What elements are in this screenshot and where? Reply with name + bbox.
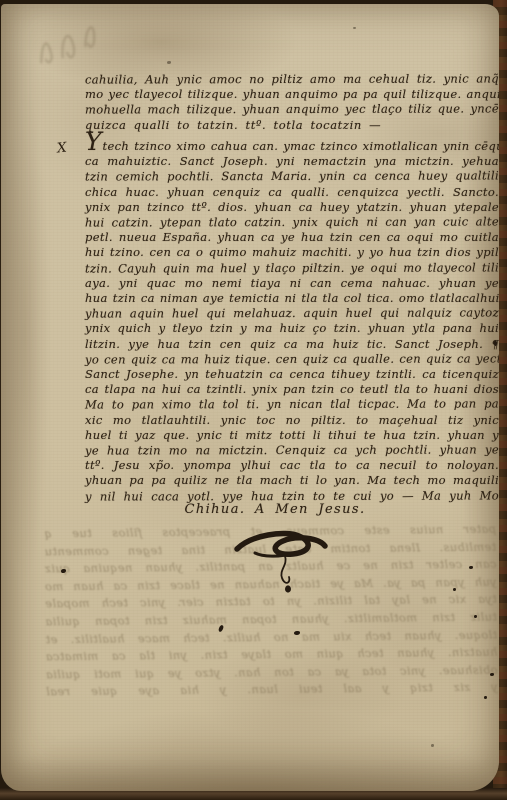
ink-speck [218,625,224,633]
manuscript-line: chica huac. yhuan cenquiz ca qualli. cen… [85,185,499,200]
manuscript-line: tzin cemich pochtli. Sancta Maria. ynin … [85,169,499,185]
manuscript-line: tuliz tzin motlamiltiz. yhuan topan mahu… [45,609,497,631]
manuscript-page: pater nuius este commeus, et praeceptos … [1,4,499,791]
manuscript-line: yo cen quiz ca ma huiz tique. cen quiz c… [85,351,499,367]
faint-inscription [23,8,120,80]
manuscript-line: yhuan aquin huel qui melahuaz. aquin hue… [85,306,499,322]
manuscript-line: mo yec tlayecol tilizque. yhuan anquimo … [85,87,499,102]
ink-speck [294,631,300,635]
manuscript-line: ye hua tzin mo na mictzin. Cenquiz ca yc… [85,443,499,459]
manuscript-line: Sanct Josephe. yn tehuatzin ca cenca tih… [85,367,499,382]
ink-speck [167,61,171,64]
manuscript-line: huatzin. yhuan tech quin mo tlaye tzin. … [45,644,497,666]
ink-speck [474,615,477,618]
manuscript-line: yhuan pa pa quiliz ne tla mach ti lo yan… [85,473,499,488]
ink-speck [453,588,456,591]
margin-mark: X [56,140,67,157]
manuscript-line: mohuella mach tilizque. yhuan anquimo ye… [85,102,499,118]
manuscript-line: ynix pan tzinco ttº. dios. yhuan ca huey… [85,200,499,215]
manuscript-line: ynix quich y tleyo tzin y ma huiz ço tzi… [85,321,499,336]
ink-speck [469,566,473,569]
manuscript-line: obishuae. ynic tota ya ca ton han. ytzo … [46,661,498,683]
manuscript-line: ca tlapa na hui ca tzintli. ynix pan tzi… [85,382,499,397]
closing-amen-line: Chihua. A Men Jesus. [85,502,465,517]
ink-speck [431,744,434,747]
manuscript-line: huel ti yaz que. ynic ti mitz totti li t… [85,428,499,443]
manuscript-line: Ma to pan ximo tla tol ti. yn nican tlal… [85,397,499,413]
manuscript-line: hua tzin ca niman aye temictia ni tla tl… [85,291,499,306]
photo-backdrop: pater nuius este commeus, et praeceptos … [0,0,507,800]
manuscript-line: tzin. Cayuh quin ma huel y tlaço piltzin… [85,260,499,276]
ink-speck [61,569,66,573]
manuscript-line: y ziz tziq y aal teui luan. y hia aye qu… [46,679,498,701]
rubric-flourish-icon [229,529,349,601]
paragraph-one: cahuilia, Auh ynic amoc no piltiz amo ma… [85,72,499,133]
manuscript-line: hui catzin. ytepan tlato catzin. ynix qu… [85,214,499,230]
manuscript-line: ttº. Jesu xp̃o. ynompa ylhui cac tla to … [85,458,499,473]
manuscript-line: cahuilia, Auh ynic amoc no piltiz amo ma… [85,71,499,87]
ink-speck [353,27,356,29]
manuscript-line: aya. yni quac mo nemi tiaya ni can cema … [85,276,499,291]
ink-speck [484,696,487,699]
manuscript-line: litzin. yye hua tzin cen quiz ca ma huiz… [85,337,499,352]
manuscript-line: quizca qualli to tatzin. ttº. totla toca… [85,118,499,133]
manuscript-line: Ytech tzinco ximo cahua can. ymac tzinco… [85,137,499,154]
ink-speck [490,673,494,676]
manuscript-line: petl. nueua España. yhuan ca ye hua tzin… [85,230,499,245]
manuscript-line: ca mahuiztic. Sanct Joseph. yni nemactzi… [85,154,499,169]
manuscript-line: xic mo tlatlauhtili. ynic toc no piltiz.… [85,413,499,428]
manuscript-line: hui tzino. cen ca o quimo mahuiz machiti… [85,245,499,260]
manuscript-line: tloque. yhuan tech xiu ma no huiliz. tec… [45,626,497,648]
paragraph-two: Ytech tzinco ximo cahua can. ymac tzinco… [85,137,499,504]
